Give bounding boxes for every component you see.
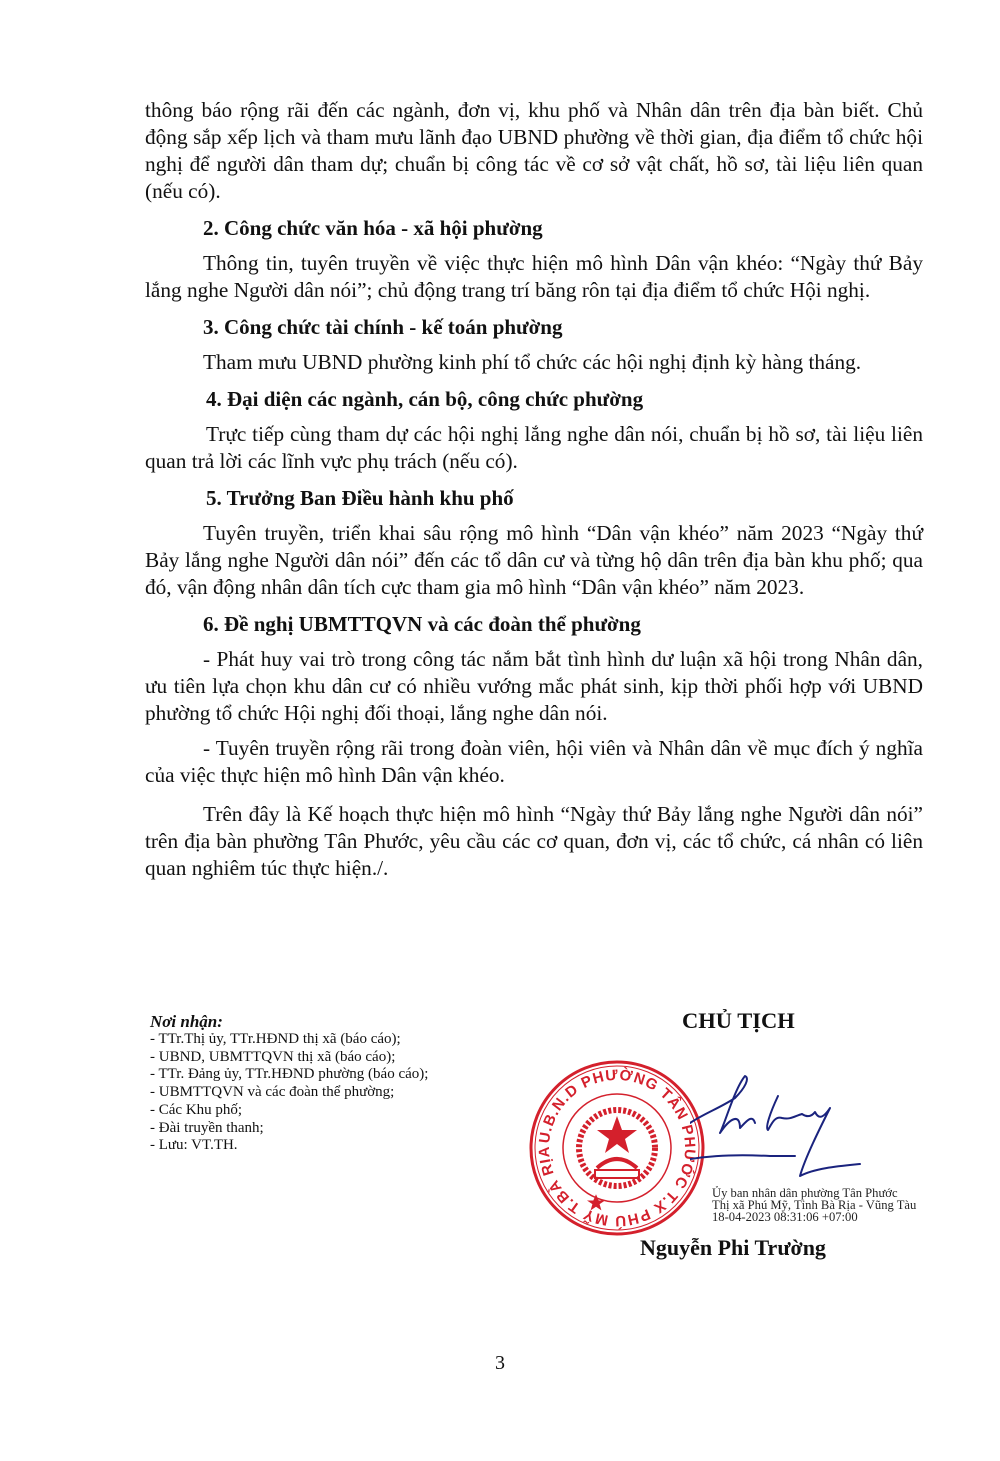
recipient-item: - TTr.Thị ủy, TTr.HĐND thị xã (báo cáo);: [150, 1031, 428, 1049]
section-heading: 2. Công chức văn hóa - xã hội phường: [145, 215, 923, 242]
recipient-item: - TTr. Đảng ủy, TTr.HĐND phường (báo cáo…: [150, 1066, 428, 1084]
recipients-block: Nơi nhận: - TTr.Thị ủy, TTr.HĐND thị xã …: [150, 1012, 428, 1155]
recipients-list: - TTr.Thị ủy, TTr.HĐND thị xã (báo cáo);…: [150, 1031, 428, 1155]
official-seal-icon: U.B.N.D PHƯỜNG TÂN PHƯỚC T.X PHÚ MỸ T.BÀ…: [527, 1058, 707, 1238]
document-body: thông báo rộng rãi đến các ngành, đơn vị…: [145, 97, 923, 882]
signer-position: CHỦ TỊCH: [682, 1008, 795, 1034]
recipient-item: - UBND, UBMTTQVN thị xã (báo cáo);: [150, 1049, 428, 1067]
closing-paragraph: Trên đây là Kế hoạch thực hiện mô hình “…: [145, 801, 923, 882]
section-4: 4. Đại diện các ngành, cán bộ, công chức…: [145, 386, 923, 475]
signer-name: Nguyễn Phi Trường: [640, 1235, 826, 1261]
recipient-item: - Các Khu phố;: [150, 1102, 428, 1120]
recipient-item: - Đài truyền thanh;: [150, 1120, 428, 1138]
intro-paragraph: thông báo rộng rãi đến các ngành, đơn vị…: [145, 97, 923, 205]
page-number: 3: [0, 1352, 1000, 1375]
section-heading: 6. Đề nghị UBMTTQVN và các đoàn thể phườ…: [145, 611, 923, 638]
digital-signature-info: Ủy ban nhân dân phường Tân Phước Thị xã …: [712, 1187, 916, 1223]
section-paragraph: Tuyên truyền, triển khai sâu rộng mô hìn…: [145, 520, 923, 601]
handwritten-signature-icon: [690, 1068, 880, 1188]
section-paragraph: Trực tiếp cùng tham dự các hội nghị lắng…: [145, 421, 923, 475]
section-3: 3. Công chức tài chính - kế toán phường …: [145, 314, 923, 376]
section-heading: 4. Đại diện các ngành, cán bộ, công chức…: [145, 386, 923, 413]
recipient-item: - Lưu: VT.TH.: [150, 1137, 428, 1155]
section-paragraph: - Tuyên truyền rộng rãi trong đoàn viên,…: [145, 735, 923, 789]
recipient-item: - UBMTTQVN và các đoàn thể phường;: [150, 1084, 428, 1102]
section-2: 2. Công chức văn hóa - xã hội phường Thô…: [145, 215, 923, 304]
section-paragraph: Tham mưu UBND phường kinh phí tổ chức cá…: [145, 349, 923, 376]
section-heading: 5. Trưởng Ban Điều hành khu phố: [145, 485, 923, 512]
esign-line: 18-04-2023 08:31:06 +07:00: [712, 1211, 916, 1223]
section-6: 6. Đề nghị UBMTTQVN và các đoàn thể phườ…: [145, 611, 923, 789]
document-page: thông báo rộng rãi đến các ngành, đơn vị…: [0, 0, 1000, 1461]
section-heading: 3. Công chức tài chính - kế toán phường: [145, 314, 923, 341]
section-5: 5. Trưởng Ban Điều hành khu phố Tuyên tr…: [145, 485, 923, 601]
section-paragraph: - Phát huy vai trò trong công tác nắm bắ…: [145, 646, 923, 727]
section-paragraph: Thông tin, tuyên truyền về việc thực hiệ…: [145, 250, 923, 304]
recipients-title: Nơi nhận:: [150, 1012, 428, 1031]
